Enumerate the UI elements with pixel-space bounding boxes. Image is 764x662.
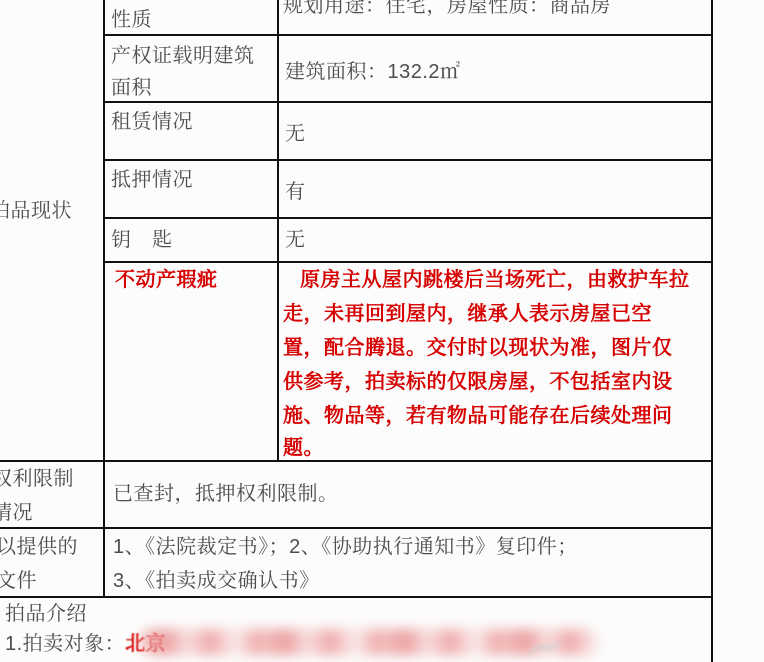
divider <box>0 527 713 529</box>
cell-value-area: 建筑面积：132.2㎡ <box>285 59 461 85</box>
divider <box>103 34 713 36</box>
row-header-rights-restriction: 情况 <box>0 500 33 526</box>
row-header-provided-files: 文件 <box>0 568 37 594</box>
cell-value-nature: 规划用途：住宅，房屋性质：商品房 <box>283 0 611 19</box>
cell-value-defect-line: 走，未再回到屋内，继承人表示房屋已空 <box>283 301 652 327</box>
cell-value-defect-line: 题。 <box>283 435 324 461</box>
cell-label-key: 钥 匙 <box>111 227 173 253</box>
divider <box>103 159 713 161</box>
cell-label-area: 产权证载明建筑 <box>111 43 255 69</box>
row-header-provided-files: 以提供的 <box>0 534 78 560</box>
row-header-lot-status: 拍品现状 <box>0 198 72 224</box>
cell-value-restriction: 已查封，抵押权利限制。 <box>113 481 339 507</box>
cell-value-files-line2: 3、《拍卖成交确认书》 <box>113 568 320 594</box>
divider <box>103 101 713 103</box>
cell-value-files-line1: 1、《法院裁定书》；2、《协助执行通知书》复印件； <box>113 534 578 560</box>
divider <box>0 596 713 598</box>
cell-value-key: 无 <box>285 227 306 253</box>
cell-label-nature: 性质 <box>111 7 152 33</box>
cell-value-defect-line: 原房主从屋内跳楼后当场死亡，由救护车拉 <box>300 267 690 293</box>
section-title-lot-intro: 拍品介绍 <box>5 601 87 627</box>
cell-value-lease: 无 <box>285 121 306 147</box>
divider <box>103 217 713 219</box>
divider <box>0 460 713 462</box>
cell-value-defect-line: 置，配合腾退。交付时以现状为准，图片仅 <box>283 335 673 361</box>
divider <box>711 0 713 662</box>
cell-value-defect-line: 供参考，拍卖标的仅限房屋，不包括室内设 <box>283 369 673 395</box>
cell-label-mortgage: 抵押情况 <box>111 167 193 193</box>
lot-item-prefix: 1.拍卖对象： <box>5 633 125 655</box>
cell-label-defect: 不动产瑕疵 <box>115 267 218 293</box>
divider <box>103 261 713 263</box>
divider <box>103 0 105 597</box>
cell-value-defect-line: 施、物品等，若有物品可能存在后续处理问 <box>283 403 673 429</box>
cell-label-area: 面积 <box>111 75 152 101</box>
auction-detail-table-screenshot: 拍品现状 权利限制 情况 以提供的 文件 性质 规划用途：住宅，房屋性质：商品房… <box>0 0 764 662</box>
cell-label-lease: 租赁情况 <box>111 109 193 135</box>
row-header-rights-restriction: 权利限制 <box>0 466 74 492</box>
cell-value-mortgage: 有 <box>285 179 306 205</box>
divider <box>277 0 279 461</box>
